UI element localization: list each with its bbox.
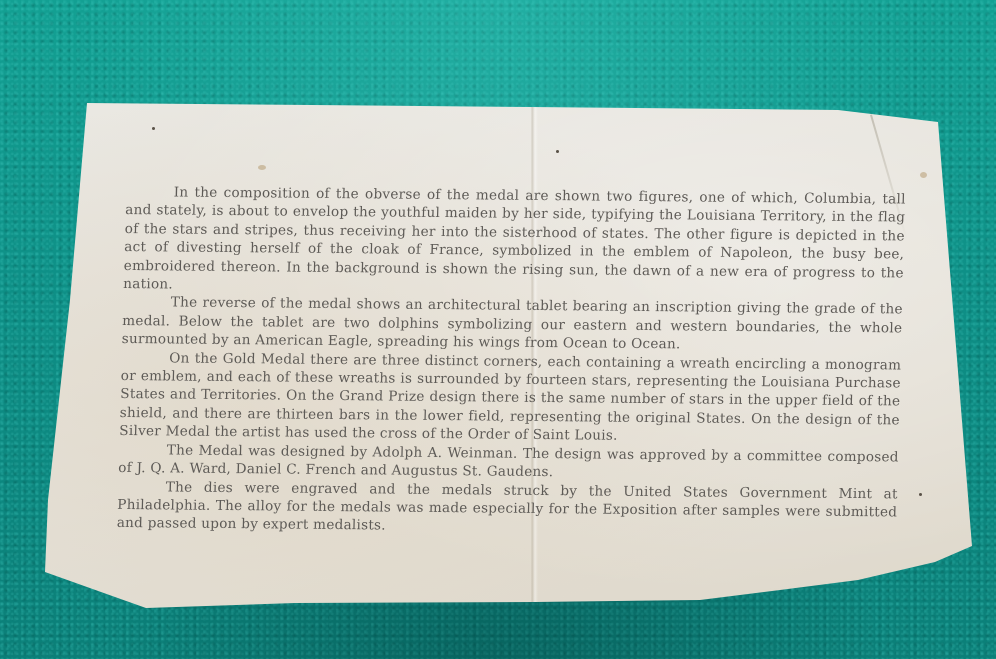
paragraph-gold-medal: On the Gold Medal there are three distin…	[119, 349, 901, 448]
paper-stain	[258, 165, 266, 170]
paragraph-obverse: In the composition of the obverse of the…	[123, 183, 906, 301]
document-text: In the composition of the obverse of the…	[117, 183, 906, 540]
paper-stain	[920, 172, 927, 178]
paper-speck	[556, 150, 559, 153]
paper-leaflet: In the composition of the obverse of the…	[0, 0, 996, 659]
paragraph-reverse: The reverse of the medal shows an archit…	[122, 293, 903, 356]
paragraph-dies: The dies were engraved and the medals st…	[117, 477, 898, 540]
paper-speck	[919, 493, 922, 496]
paper-speck	[152, 127, 155, 130]
